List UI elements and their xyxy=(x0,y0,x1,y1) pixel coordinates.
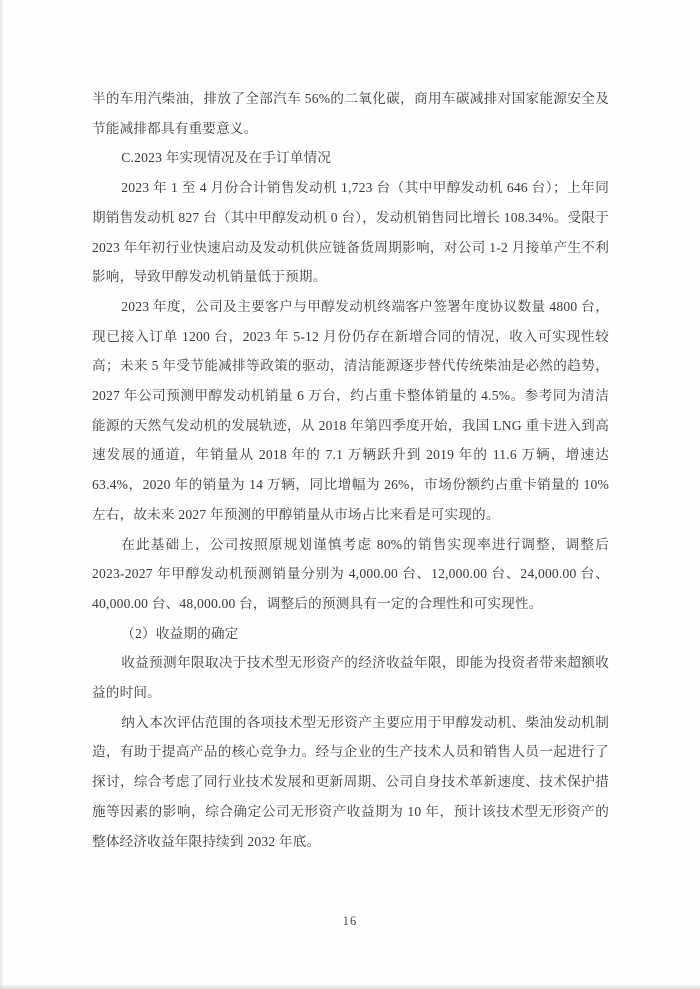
document-body: 半的车用汽柴油，排放了全部汽车 56%的二氧化碳，商用车碳减排对国家能源安全及节… xyxy=(92,84,609,856)
page-bottom-edge-shadow xyxy=(0,984,700,989)
paragraph-income-period-definition: 收益预测年限取决于技术型无形资产的经济收益年限，即能为投资者带来超额收益的时间。 xyxy=(92,648,609,707)
paragraph-annual-agreement: 2023 年度，公司及主要客户与甲醇发动机终端客户签署年度协议数量 4800 台… xyxy=(92,292,609,530)
document-page: 半的车用汽柴油，排放了全部汽车 56%的二氧化碳，商用车碳减排对国家能源安全及节… xyxy=(0,0,700,989)
page-number: 16 xyxy=(0,914,700,929)
paragraph-2023-sales: 2023 年 1 至 4 月份合计销售发动机 1,723 台（其中甲醇发动机 6… xyxy=(92,173,609,292)
section-heading-income-period: （2）收益期的确定 xyxy=(92,619,609,649)
paragraph-carbon-emission: 半的车用汽柴油，排放了全部汽车 56%的二氧化碳，商用车碳减排对国家能源安全及节… xyxy=(92,84,609,143)
page-left-edge-shadow xyxy=(0,0,4,989)
paragraph-adjusted-forecast: 在此基础上，公司按照原规划谨慎考虑 80%的销售实现率进行调整，调整后 2023… xyxy=(92,530,609,619)
paragraph-intangible-assets-scope: 纳入本次评估范围的各项技术型无形资产主要应用于甲醇发动机、柴油发动机制造，有助于… xyxy=(92,708,609,857)
section-heading-c-2023: C.2023 年实现情况及在手订单情况 xyxy=(92,143,609,173)
